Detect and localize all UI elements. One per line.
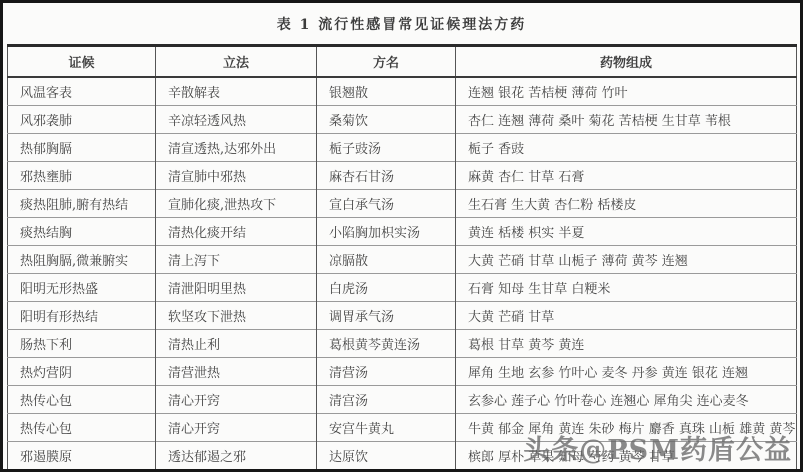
cell-syndrome: 热郁胸膈 [8, 134, 156, 162]
page-title: 表 1 流行性感冒常见证候理法方药 [3, 14, 800, 34]
table-row: 邪遏膜原 透达郁遏之邪 达原饮 槟郎 厚朴 草果 知母 芍药 黄芩 甘草 [8, 442, 797, 471]
cell-principle: 清心开窍 [156, 414, 317, 442]
cell-formula: 麻杏石甘汤 [317, 162, 456, 190]
cell-formula: 凉膈散 [317, 246, 456, 274]
cell-syndrome: 痰热阻肺,腑有热结 [8, 190, 156, 218]
table-row: 痰热结胸 清热化痰开结 小陷胸加枳实汤 黄连 栝楼 枳实 半夏 [8, 218, 797, 246]
table-row: 热阻胸膈,微兼腑实 清上泻下 凉膈散 大黄 芒硝 甘草 山栀子 薄荷 黄芩 连翘 [8, 246, 797, 274]
scanned-document-page: 表 1 流行性感冒常见证候理法方药 证候 立法 方名 药物组成 风温客表 辛散解… [0, 0, 803, 472]
cell-syndrome: 风温客表 [8, 77, 156, 106]
cell-syndrome: 邪遏膜原 [8, 442, 156, 471]
cell-formula: 银翘散 [317, 77, 456, 106]
table-row: 痰热阻肺,腑有热结 宣肺化痰,泄热攻下 宣白承气汤 生石膏 生大黄 杏仁粉 栝楼… [8, 190, 797, 218]
cell-composition: 杏仁 连翘 薄荷 桑叶 菊花 苦桔梗 生甘草 苇根 [456, 106, 797, 134]
table-header: 证候 立法 方名 药物组成 [8, 46, 797, 78]
cell-syndrome: 风邪袭肺 [8, 106, 156, 134]
header-principle: 立法 [156, 46, 317, 78]
table-row: 热传心包 清心开窍 安宫牛黄丸 牛黄 郁金 犀角 黄连 朱砂 梅片 麝香 真珠 … [8, 414, 797, 442]
cell-syndrome: 热传心包 [8, 386, 156, 414]
cell-formula: 达原饮 [317, 442, 456, 471]
table-row: 热传心包 清心开窍 清宫汤 玄参心 莲子心 竹叶卷心 连翘心 犀角尖 连心麦冬 [8, 386, 797, 414]
cell-principle: 辛散解表 [156, 77, 317, 106]
cell-principle: 清上泻下 [156, 246, 317, 274]
cell-formula: 桑菊饮 [317, 106, 456, 134]
cell-principle: 清心开窍 [156, 386, 317, 414]
cell-syndrome: 热灼营阴 [8, 358, 156, 386]
cell-principle: 清热化痰开结 [156, 218, 317, 246]
cell-composition: 犀角 生地 玄参 竹叶心 麦冬 丹参 黄连 银花 连翘 [456, 358, 797, 386]
cell-composition: 牛黄 郁金 犀角 黄连 朱砂 梅片 麝香 真珠 山栀 雄黄 黄芩 [456, 414, 797, 442]
cell-syndrome: 热传心包 [8, 414, 156, 442]
cell-syndrome: 邪热壅肺 [8, 162, 156, 190]
cell-syndrome: 肠热下利 [8, 330, 156, 358]
cell-composition: 葛根 甘草 黄芩 黄连 [456, 330, 797, 358]
table-row: 风邪袭肺 辛凉轻透风热 桑菊饮 杏仁 连翘 薄荷 桑叶 菊花 苦桔梗 生甘草 苇… [8, 106, 797, 134]
cell-composition: 黄连 栝楼 枳实 半夏 [456, 218, 797, 246]
cell-composition: 生石膏 生大黄 杏仁粉 栝楼皮 [456, 190, 797, 218]
cell-principle: 清营泄热 [156, 358, 317, 386]
cell-composition: 栀子 香豉 [456, 134, 797, 162]
table-row: 阳明有形热结 软坚攻下泄热 调胃承气汤 大黄 芒硝 甘草 [8, 302, 797, 330]
cell-composition: 大黄 芒硝 甘草 [456, 302, 797, 330]
cell-composition: 石膏 知母 生甘草 白粳米 [456, 274, 797, 302]
table-row: 阳明无形热盛 清泄阳明里热 白虎汤 石膏 知母 生甘草 白粳米 [8, 274, 797, 302]
cell-formula: 栀子豉汤 [317, 134, 456, 162]
cell-principle: 清宣肺中邪热 [156, 162, 317, 190]
prescription-table: 证候 立法 方名 药物组成 风温客表 辛散解表 银翘散 连翘 银花 苦桔梗 薄荷… [7, 44, 797, 472]
cell-syndrome: 阳明有形热结 [8, 302, 156, 330]
cell-formula: 白虎汤 [317, 274, 456, 302]
table-row: 热灼营阴 清营泄热 清营汤 犀角 生地 玄参 竹叶心 麦冬 丹参 黄连 银花 连… [8, 358, 797, 386]
cell-syndrome: 痰热结胸 [8, 218, 156, 246]
cell-composition: 大黄 芒硝 甘草 山栀子 薄荷 黄芩 连翘 [456, 246, 797, 274]
cell-syndrome: 阳明无形热盛 [8, 274, 156, 302]
table-row: 风温客表 辛散解表 银翘散 连翘 银花 苦桔梗 薄荷 竹叶 [8, 77, 797, 106]
cell-composition: 玄参心 莲子心 竹叶卷心 连翘心 犀角尖 连心麦冬 [456, 386, 797, 414]
cell-composition: 槟郎 厚朴 草果 知母 芍药 黄芩 甘草 [456, 442, 797, 471]
table-header-row: 证候 立法 方名 药物组成 [8, 46, 797, 78]
cell-composition: 麻黄 杏仁 甘草 石膏 [456, 162, 797, 190]
cell-composition: 连翘 银花 苦桔梗 薄荷 竹叶 [456, 77, 797, 106]
cell-principle: 透达郁遏之邪 [156, 442, 317, 471]
cell-formula: 调胃承气汤 [317, 302, 456, 330]
table-row: 肠热下利 清热止利 葛根黄芩黄连汤 葛根 甘草 黄芩 黄连 [8, 330, 797, 358]
cell-formula: 小陷胸加枳实汤 [317, 218, 456, 246]
cell-principle: 软坚攻下泄热 [156, 302, 317, 330]
table-body: 风温客表 辛散解表 银翘散 连翘 银花 苦桔梗 薄荷 竹叶 风邪袭肺 辛凉轻透风… [8, 77, 797, 471]
header-syndrome: 证候 [8, 46, 156, 78]
table-row: 邪热壅肺 清宣肺中邪热 麻杏石甘汤 麻黄 杏仁 甘草 石膏 [8, 162, 797, 190]
cell-formula: 安宫牛黄丸 [317, 414, 456, 442]
cell-formula: 清营汤 [317, 358, 456, 386]
cell-principle: 清热止利 [156, 330, 317, 358]
cell-formula: 宣白承气汤 [317, 190, 456, 218]
header-formula: 方名 [317, 46, 456, 78]
header-composition: 药物组成 [456, 46, 797, 78]
cell-principle: 辛凉轻透风热 [156, 106, 317, 134]
cell-principle: 清泄阳明里热 [156, 274, 317, 302]
table-row: 热郁胸膈 清宣透热,达邪外出 栀子豉汤 栀子 香豉 [8, 134, 797, 162]
cell-formula: 葛根黄芩黄连汤 [317, 330, 456, 358]
cell-principle: 清宣透热,达邪外出 [156, 134, 317, 162]
cell-syndrome: 热阻胸膈,微兼腑实 [8, 246, 156, 274]
cell-principle: 宣肺化痰,泄热攻下 [156, 190, 317, 218]
cell-formula: 清宫汤 [317, 386, 456, 414]
